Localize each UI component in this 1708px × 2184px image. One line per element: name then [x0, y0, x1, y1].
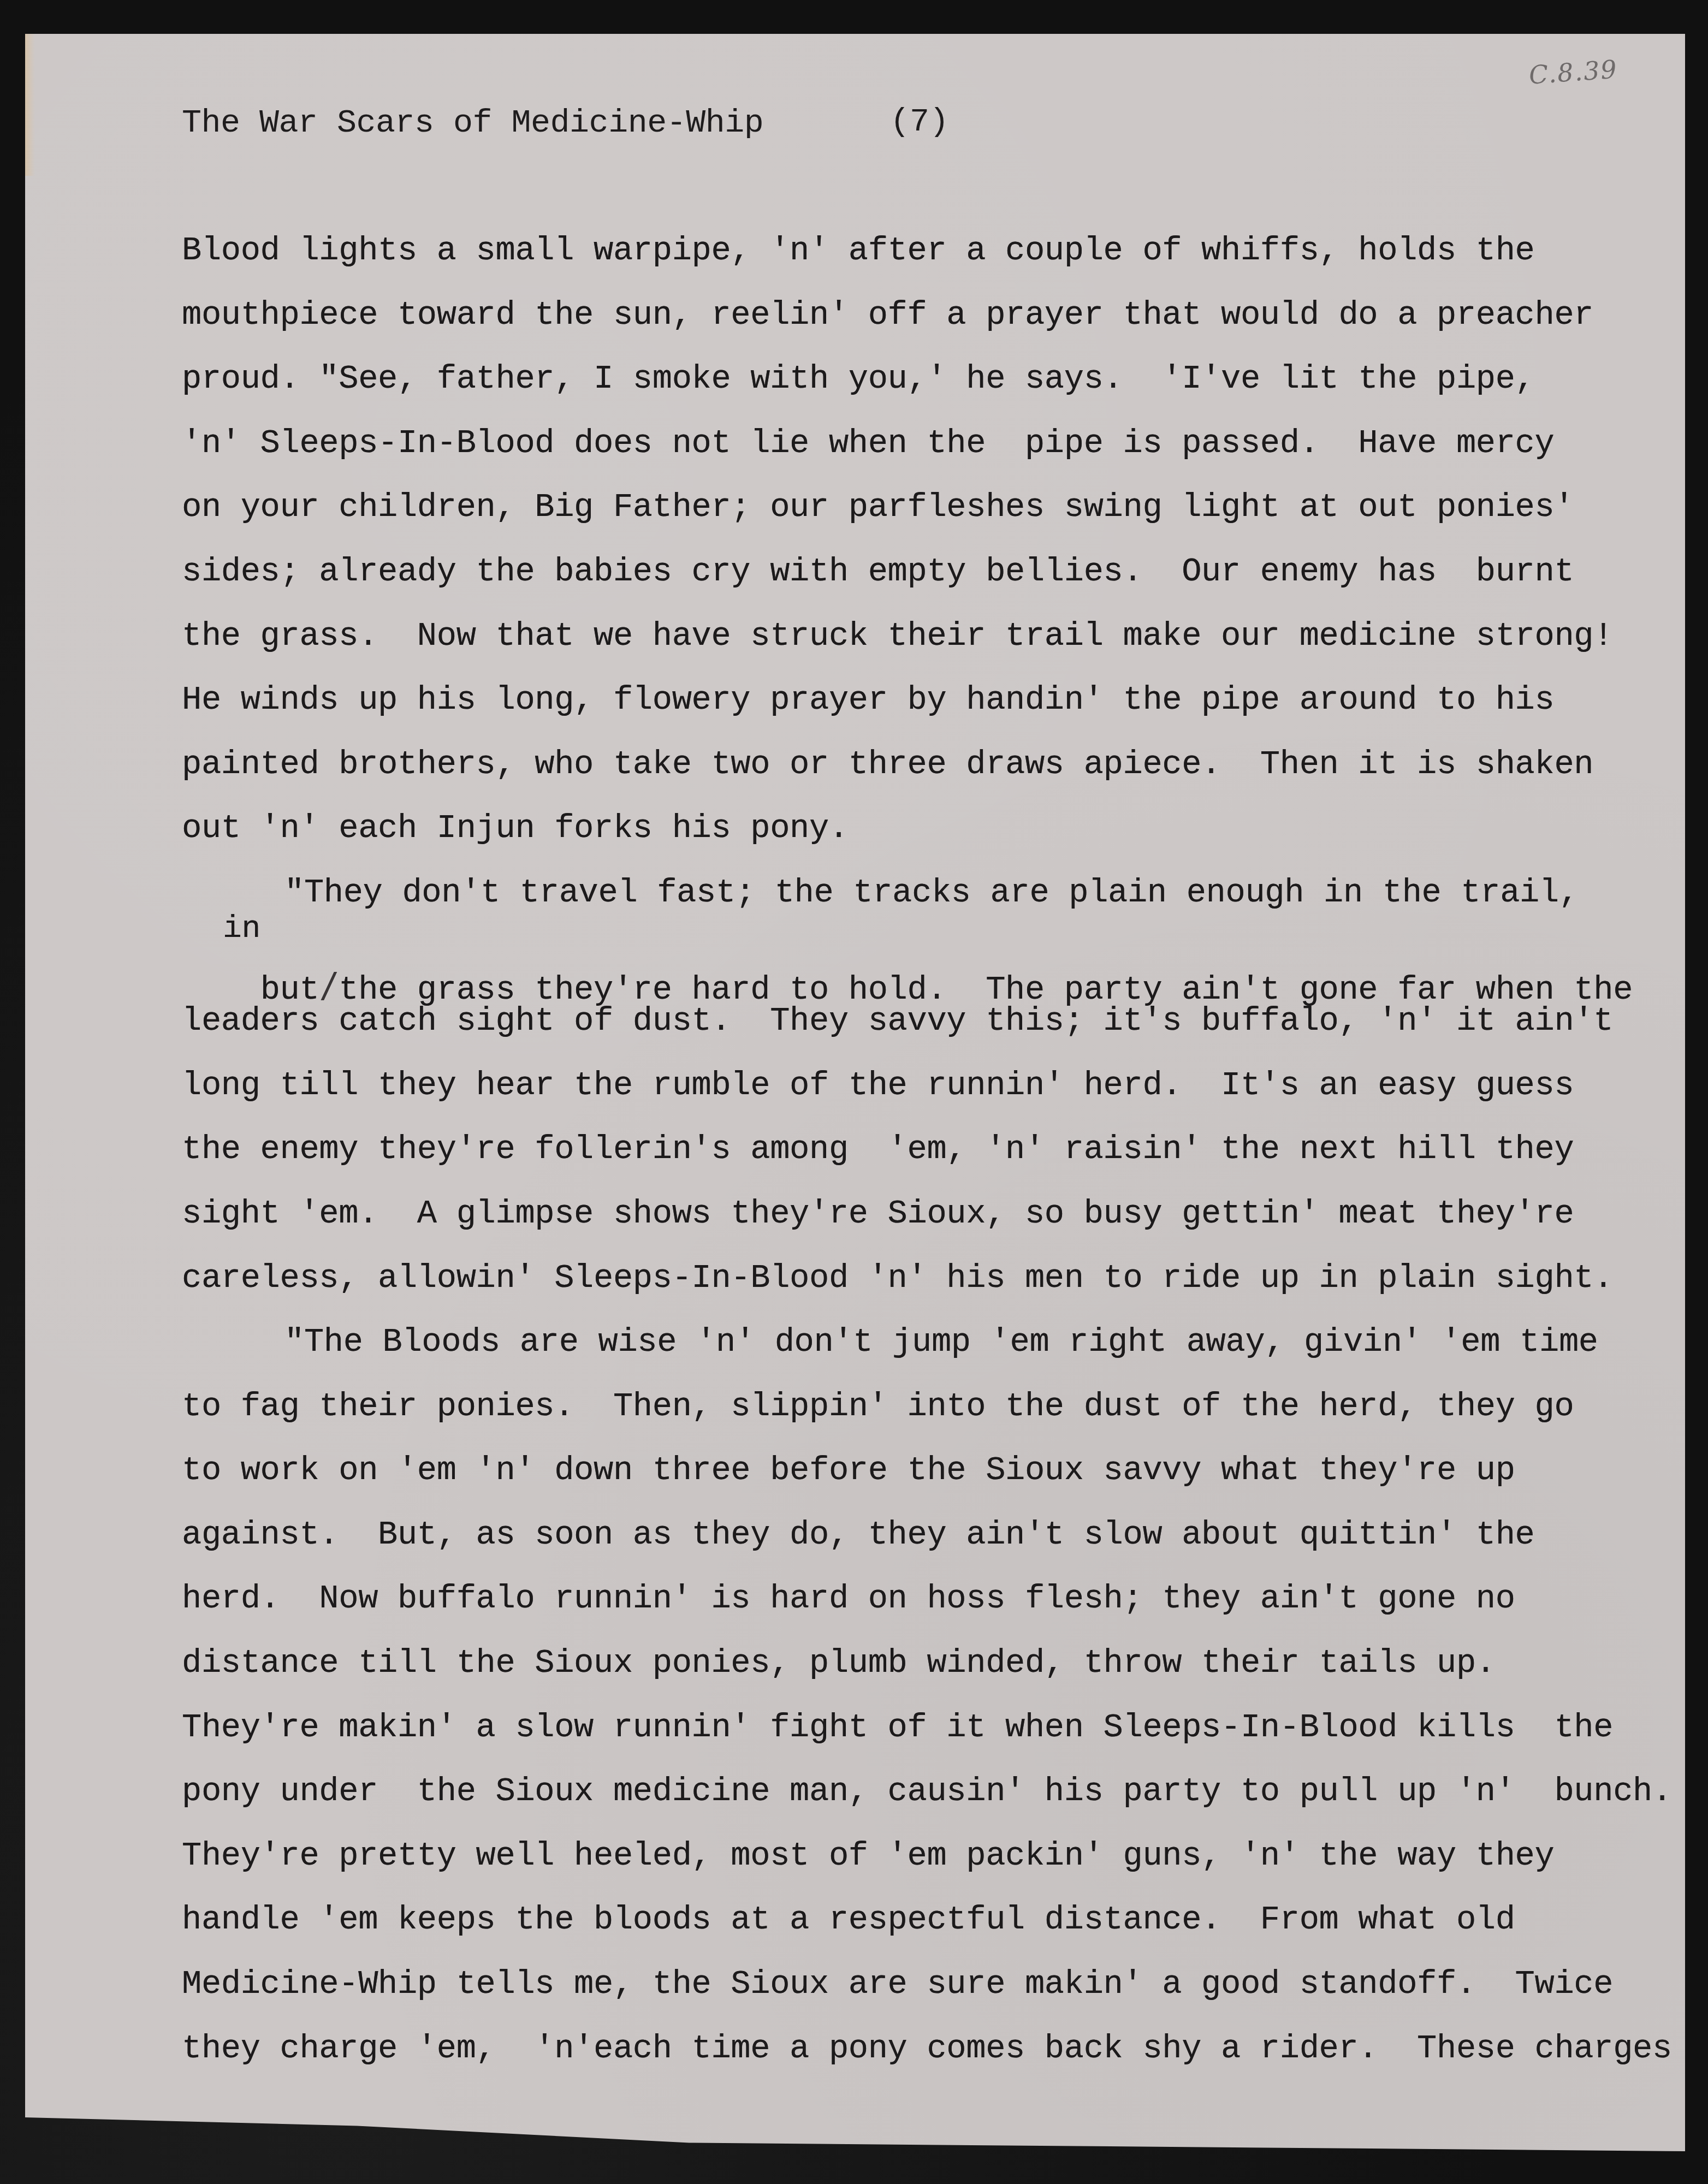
paper-stain	[25, 34, 35, 176]
body-text: Blood lights a small warpipe, 'n' after …	[182, 235, 1700, 2097]
text-line: pony under the Sioux medicine man, causi…	[182, 1776, 1700, 1840]
text-line: They're makin' a slow runnin' fight of i…	[182, 1712, 1700, 1776]
text-line: the grass. Now that we have struck their…	[182, 620, 1700, 685]
paragraph-start-line: "They don't travel fast; the tracks are …	[182, 877, 1700, 941]
text-line: handle 'em keeps the bloods at a respect…	[182, 1904, 1700, 1968]
text-line: on your children, Big Father; our parfle…	[182, 491, 1700, 556]
paragraph-start-line: "The Bloods are wise 'n' don't jump 'em …	[182, 1326, 1700, 1391]
text-line: He winds up his long, flowery prayer by …	[182, 684, 1700, 749]
text-line: sight 'em. A glimpse shows they're Sioux…	[182, 1198, 1700, 1262]
text-line: proud. "See, father, I smoke with you,' …	[182, 363, 1700, 428]
text-line: long till they hear the rumble of the ru…	[182, 1070, 1700, 1134]
text-line: careless, allowin' Sleeps-In-Blood 'n' h…	[182, 1262, 1700, 1327]
page-number: (7)	[890, 104, 949, 141]
pencil-annotation: C.8.39	[1528, 54, 1618, 90]
text-line: mouthpiece toward the sun, reelin' off a…	[182, 299, 1700, 364]
typed-insertion: in	[223, 913, 260, 946]
text-line: herd. Now buffalo runnin' is hard on hos…	[182, 1583, 1700, 1647]
text-line: Blood lights a small warpipe, 'n' after …	[182, 235, 1700, 299]
text-line: they charge 'em, 'n'each time a pony com…	[182, 2033, 1700, 2097]
text-line: 'n' Sleeps-In-Blood does not lie when th…	[182, 428, 1700, 492]
text-line: painted brothers, who take two or three …	[182, 749, 1700, 813]
text-line: distance till the Sioux ponies, plumb wi…	[182, 1647, 1700, 1712]
text-line: out 'n' each Injun forks his pony.	[182, 812, 1700, 877]
text-line: against. But, as soon as they do, they a…	[182, 1519, 1700, 1583]
text-line-with-insertion: inbut/the grass they're hard to hold. Th…	[182, 941, 1700, 1006]
page-title: The War Scars of Medicine-Whip	[182, 105, 763, 142]
text-line: to fag their ponies. Then, slippin' into…	[182, 1391, 1700, 1455]
text-line: leaders catch sight of dust. They savvy …	[182, 1005, 1700, 1070]
text-line: They're pretty well heeled, most of 'em …	[182, 1840, 1700, 1904]
text-line: Medicine-Whip tells me, the Sioux are su…	[182, 1968, 1700, 2033]
text-line: to work on 'em 'n' down three before the…	[182, 1455, 1700, 1519]
text-line: the enemy they're follerin's among 'em, …	[182, 1133, 1700, 1198]
text-line: sides; already the babies cry with empty…	[182, 556, 1700, 620]
